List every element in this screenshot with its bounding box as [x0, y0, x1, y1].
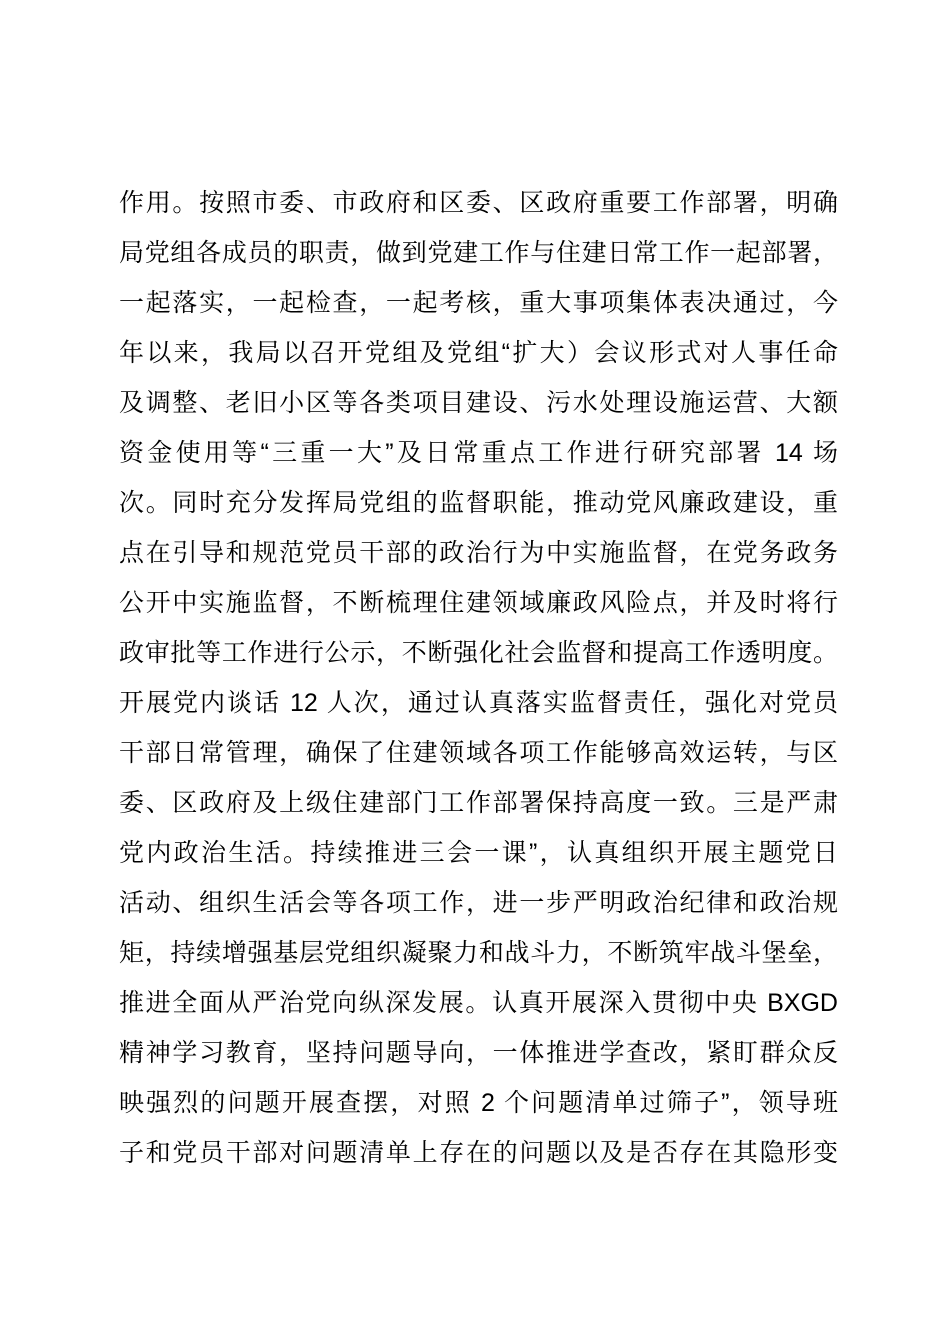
document-line: 及调整、老旧小区等各类项目建设、污水处理设施运营、大额 [119, 378, 838, 428]
document-line: 党内政治生活。持续推进三会一课”，认真组织开展主题党日 [119, 828, 838, 878]
document-page: 作用。按照市委、市政府和区委、区政府重要工作部署，明确 局党组各成员的职责，做到… [0, 0, 950, 1344]
document-line: 一起落实，一起检查，一起考核，重大事项集体表决通过，今 [119, 278, 838, 328]
document-line: 点在引导和规范党员干部的政治行为中实施监督，在党务政务 [119, 528, 838, 578]
document-line: 年以来，我局以召开党组及党组“扩大）会议形式对人事任命 [119, 328, 838, 378]
document-line: 干部日常管理，确保了住建领域各项工作能够高效运转，与区 [119, 728, 838, 778]
document-line: 政审批等工作进行公示，不断强化社会监督和提高工作透明度。 [119, 628, 838, 678]
document-line: 次。同时充分发挥局党组的监督职能，推动党风廉政建设，重 [119, 478, 838, 528]
document-line: 映强烈的问题开展查摆，对照 2 个问题清单过筛子”，领导班 [119, 1078, 838, 1128]
document-line: 精神学习教育，坚持问题导向，一体推进学查改，紧盯群众反 [119, 1028, 838, 1078]
document-line: 委、区政府及上级住建部门工作部署保持高度一致。三是严肃 [119, 778, 838, 828]
document-body: 作用。按照市委、市政府和区委、区政府重要工作部署，明确 局党组各成员的职责，做到… [119, 178, 838, 1178]
document-line: 局党组各成员的职责，做到党建工作与住建日常工作一起部署， [119, 228, 838, 278]
document-line: 推进全面从严治党向纵深发展。认真开展深入贯彻中央 BXGD [119, 978, 838, 1028]
document-line: 矩，持续增强基层党组织凝聚力和战斗力，不断筑牢战斗堡垒， [119, 928, 838, 978]
document-line: 子和党员干部对问题清单上存在的问题以及是否存在其隐形变 [119, 1128, 838, 1178]
document-line: 开展党内谈话 12 人次，通过认真落实监督责任，强化对党员 [119, 678, 838, 728]
document-line: 作用。按照市委、市政府和区委、区政府重要工作部署，明确 [119, 178, 838, 228]
document-line: 资金使用等“三重一大”及日常重点工作进行研究部署 14 场 [119, 428, 838, 478]
document-line: 活动、组织生活会等各项工作，进一步严明政治纪律和政治规 [119, 878, 838, 928]
document-line: 公开中实施监督，不断梳理住建领域廉政风险点，并及时将行 [119, 578, 838, 628]
